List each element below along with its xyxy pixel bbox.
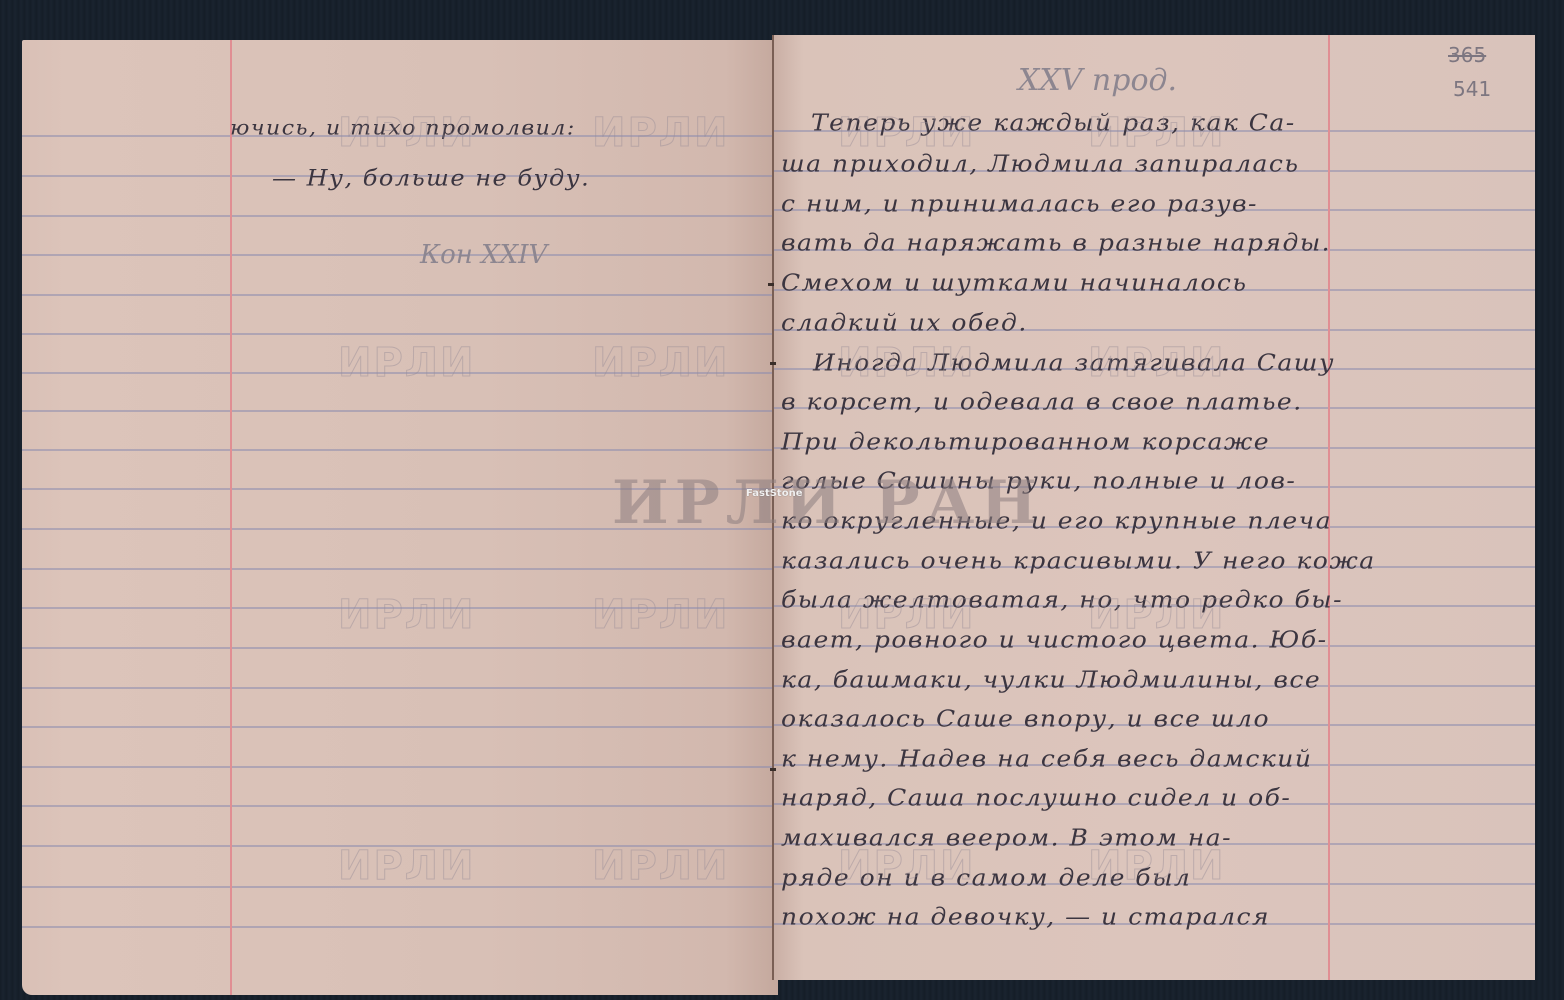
ruled-line: [22, 215, 778, 217]
watermark-irli: ИРЛИ: [838, 340, 976, 386]
handwritten-line: сладкий их обед.: [781, 309, 1028, 336]
handwritten-line: похож на девочку, — и старался: [781, 903, 1270, 930]
chapter-heading: XXV прод.: [1018, 63, 1177, 98]
binding-thread: [768, 283, 774, 286]
watermark-irli: ИРЛИ: [1088, 592, 1226, 638]
folio-number-bottom: 541: [1453, 77, 1491, 101]
handwritten-line: ка, башмаки, чулки Людмилины, все: [781, 666, 1321, 693]
watermark-irli: ИРЛИ: [1088, 110, 1226, 156]
watermark-irli: ИРЛИ: [838, 110, 976, 156]
watermark-irli-ran: ИРЛИ РАН: [612, 468, 1043, 538]
ruled-line: [22, 687, 778, 689]
watermark-irli: ИРЛИ: [338, 110, 476, 156]
ruled-line: [22, 294, 778, 296]
handwritten-line: Смехом и шутками начиналось: [781, 269, 1248, 296]
handwritten-line: оказалось Саше впору, и все шло: [781, 705, 1270, 732]
watermark-irli: ИРЛИ: [338, 843, 476, 889]
ruled-line: [22, 449, 778, 451]
handwritten-line: наряд, Саша послушно сидел и об-: [781, 784, 1291, 811]
ruled-line: [22, 926, 778, 928]
handwritten-line: казались очень красивыми. У него кожа: [781, 547, 1376, 574]
ruled-line: [22, 568, 778, 570]
watermark-irli: ИРЛИ: [838, 592, 976, 638]
watermark-irli: ИРЛИ: [338, 592, 476, 638]
ruled-line: [22, 726, 778, 728]
binding-thread: [770, 362, 776, 365]
ruled-line: [22, 254, 778, 256]
handwritten-line: При декольтированном корсаже: [781, 428, 1270, 455]
pencil-chapter-note: Кон XXIV: [420, 240, 547, 270]
margin-rule: [230, 40, 232, 995]
watermark-irli: ИРЛИ: [592, 110, 730, 156]
handwritten-line: — Ну, больше не буду.: [272, 165, 590, 191]
watermark-irli: ИРЛИ: [592, 340, 730, 386]
ruled-line: [22, 766, 778, 768]
folio-number-top: 365: [1448, 43, 1486, 67]
watermark-irli: ИРЛИ: [338, 340, 476, 386]
ruled-line: [22, 647, 778, 649]
watermark-irli: ИРЛИ: [1088, 843, 1226, 889]
watermark-irli: ИРЛИ: [838, 843, 976, 889]
handwritten-line: с ним, и принималась его разув-: [781, 190, 1258, 217]
faststone-logo: FastStone: [746, 488, 802, 499]
ruled-line: [22, 333, 778, 335]
watermark-irli: ИРЛИ: [592, 843, 730, 889]
handwritten-line: вать да наряжать в разные наряды.: [781, 229, 1331, 256]
watermark-irli: ИРЛИ: [592, 592, 730, 638]
ruled-line: [22, 805, 778, 807]
handwritten-line: к нему. Надев на себя весь дамский: [781, 745, 1313, 772]
ruled-line: [22, 410, 778, 412]
watermark-irli: ИРЛИ: [1088, 340, 1226, 386]
handwritten-line: в корсет, и одевала в свое платье.: [781, 388, 1303, 415]
binding-thread: [770, 768, 776, 771]
